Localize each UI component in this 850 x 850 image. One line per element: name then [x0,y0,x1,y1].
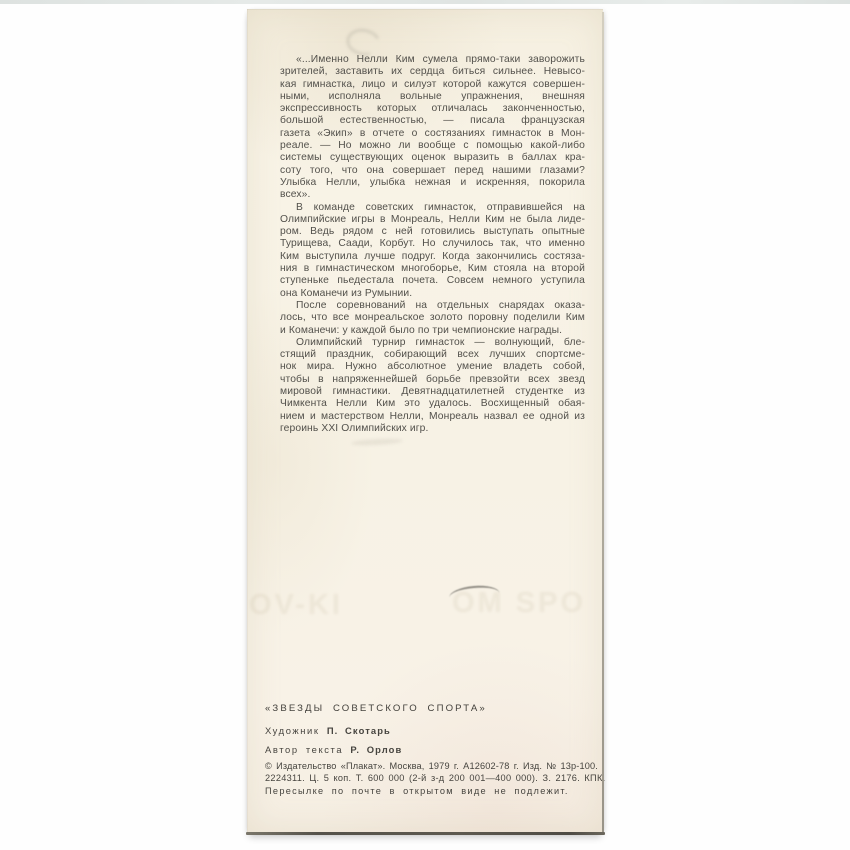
text-line: большой естественностью, — писала францу… [280,115,585,127]
card-right-edge [602,12,604,833]
scan-background: «...Именно Нелли Ким сумела прямо-таки з… [0,0,850,850]
imprint-block: «ЗВЕЗДЫ СОВЕТСКОГО СПОРТА» Художник П. С… [265,703,590,803]
author-credit: Автор текста Р. Орлов [265,744,402,755]
text-line: системы существующих оценок выразить в б… [280,152,585,164]
text-line: чтобы в напряженнейшей борьбе превзойти … [280,374,585,386]
text-line: нок мира. Нужно абсолютное умение владет… [280,361,585,373]
text-line: «...Именно Нелли Ким сумела прямо-таки з… [280,54,585,66]
author-label: Автор текста [265,744,343,755]
text-line: зрителей, заставить их сердца биться сил… [280,66,585,78]
text-line: кая гимнастка, лицо и силуэт которой каж… [280,79,585,91]
artist-name: П. Скотарь [327,725,391,736]
text-line: После соревнований на отдельных снарядах… [280,300,585,312]
postal-note: Пересылке по почте в открытом виде не по… [265,786,569,796]
text-line: мировой гимнастики. Девятнадцатилетней с… [280,386,585,398]
artist-label: Художник [265,725,320,736]
body-text: «...Именно Нелли Ким сумела прямо-таки з… [280,54,585,435]
text-line: она Команечи из Румынии. [280,288,585,300]
watermark-fragment-left: OV-KI [249,589,343,622]
artist-credit: Художник П. Скотарь [265,725,391,736]
copyright-line-2: 2224311. Ц. 5 коп. Т. 600 000 (2-й з-д 2… [265,773,605,783]
copyright-line-1: © Издательство «Плакат». Москва, 1979 г.… [265,761,598,771]
text-line: ром. Ведь рядом с ней готовились выступа… [280,226,585,238]
text-line: Улыбка Нелли, улыбка нежная и искренняя,… [280,177,585,189]
text-line: героинь XXI Олимпийских игр. [280,423,585,435]
author-name: Р. Орлов [350,744,402,755]
text-line: реале. — Но можно ли вообще с помощью ка… [280,140,585,152]
text-line: Ким выступила лучше подруг. Когда законч… [280,251,585,263]
text-line: лось, что все монреальское золото поровн… [280,312,585,324]
text-line: Олимпийский турнир гимнасток — волнующий… [280,337,585,349]
postcard-back: «...Именно Нелли Ким сумела прямо-таки з… [247,9,603,833]
card-bottom-edge [246,832,605,835]
text-line: стящий праздник, собирающий всех лучших … [280,349,585,361]
series-title: «ЗВЕЗДЫ СОВЕТСКОГО СПОРТА» [265,703,487,714]
text-line: соту того, что она совершает перед нашим… [280,165,585,177]
text-line: Турищева, Саади, Корбут. Но случилось та… [280,238,585,250]
text-line: экспрессивность которых отличалась закон… [280,103,585,115]
text-line: ния в гимнастическом многоборье, Ким сто… [280,263,585,275]
text-line: Олимпийские игры в Монреаль, Нелли Ким н… [280,214,585,226]
text-line: ступеньке пьедестала почета. Совсем немн… [280,275,585,287]
paper-smudge [351,438,403,447]
text-line: всех». [280,189,585,201]
text-line: В команде советских гимнасток, отправивш… [280,202,585,214]
text-line: Чимкента Нелли Ким это удалось. Восхищен… [280,398,585,410]
scanner-edge-strip [0,0,850,4]
text-line: газета «Экип» в отчете о состязаниях гим… [280,128,585,140]
text-line: нием и мастерством Нелли, Монреаль назва… [280,411,585,423]
text-line: ными, исполняла вольные упражнения, внеш… [280,91,585,103]
text-line: и Команечи: у каждой было по три чемпион… [280,325,585,337]
